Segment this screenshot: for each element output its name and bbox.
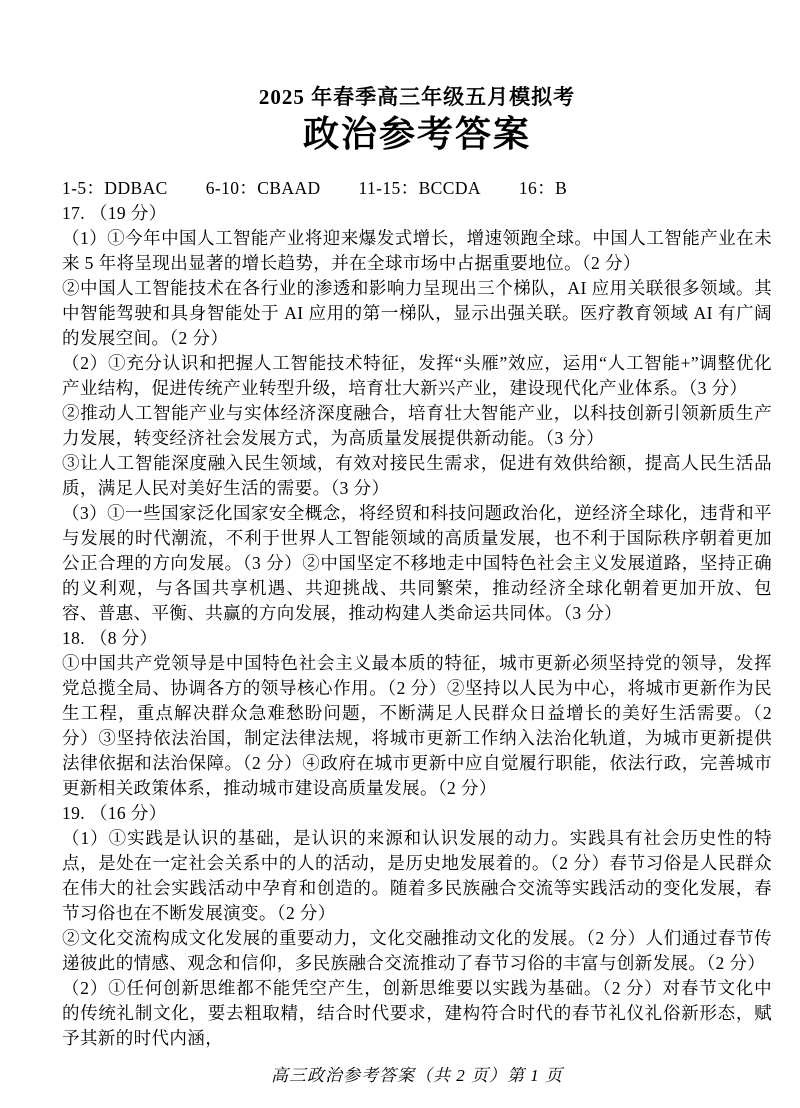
- document-page: 2025 年春季高三年级五月模拟考 政治参考答案 1-5：DDBAC6-10：C…: [0, 0, 800, 1108]
- answer-paragraph: （2）①任何创新思维都不能凭空产生，创新思维要以实践为基础。（2 分）对春节文化…: [62, 976, 772, 1051]
- answer-paragraph: ①中国共产党领导是中国特色社会主义最本质的特征，城市更新必须坚持党的领导，发挥党…: [62, 651, 772, 801]
- section-heading: 19. （16 分）: [62, 801, 772, 826]
- answer-sheet-title: 政治参考答案: [62, 112, 772, 156]
- answer-paragraph: ②中国人工智能技术在各行业的渗透和影响力呈现出三个梯队，AI 应用关联很多领域。…: [62, 276, 772, 351]
- page-footer: 高三政治参考答案（共 2 页）第 1 页: [62, 1061, 772, 1086]
- answer-paragraph: ③让人工智能深度融入民生领域，有效对接民生需求，促进有效供给额，提高人民生活品质…: [62, 451, 772, 501]
- footer-text: 高三政治参考答案（共 2 页）第 1 页: [271, 1066, 563, 1085]
- answer-key-item: 6-10：CBAAD: [206, 176, 321, 201]
- answer-key-row: 1-5：DDBAC6-10：CBAAD11-15：BCCDA16：B: [62, 176, 772, 201]
- answer-paragraph: ②文化交流构成文化发展的重要动力，文化交融推动文化的发展。（2 分）人们通过春节…: [62, 926, 772, 976]
- answer-paragraph: （2）①充分认识和把握人工智能技术特征，发挥“头雁”效应，运用“人工智能+”调整…: [62, 351, 772, 401]
- document-header: 2025 年春季高三年级五月模拟考 政治参考答案: [62, 84, 772, 156]
- answer-key-item: 11-15：BCCDA: [359, 176, 481, 201]
- answer-paragraph: （1）①实践是认识的基础，是认识的来源和认识发展的动力。实践具有社会历史性的特点…: [62, 826, 772, 926]
- exam-title: 2025 年春季高三年级五月模拟考: [62, 84, 772, 110]
- answer-paragraph: ②推动人工智能产业与实体经济深度融合，培育壮大智能产业，以科技创新引领新质生产力…: [62, 401, 772, 451]
- section-heading: 17. （19 分）: [62, 201, 772, 226]
- answer-key-item: 16：B: [519, 176, 567, 201]
- sections: 17. （19 分）（1）①今年中国人工智能产业将迎来爆发式增长，增速领跑全球。…: [62, 201, 772, 1051]
- section-heading: 18. （8 分）: [62, 626, 772, 651]
- document-body: 1-5：DDBAC6-10：CBAAD11-15：BCCDA16：B 17. （…: [62, 176, 772, 1051]
- answer-paragraph: （3）①一些国家泛化国家安全概念，将经贸和科技问题政治化，逆经济全球化，违背和平…: [62, 501, 772, 626]
- answer-key-item: 1-5：DDBAC: [62, 176, 168, 201]
- answer-paragraph: （1）①今年中国人工智能产业将迎来爆发式增长，增速领跑全球。中国人工智能产业在未…: [62, 226, 772, 276]
